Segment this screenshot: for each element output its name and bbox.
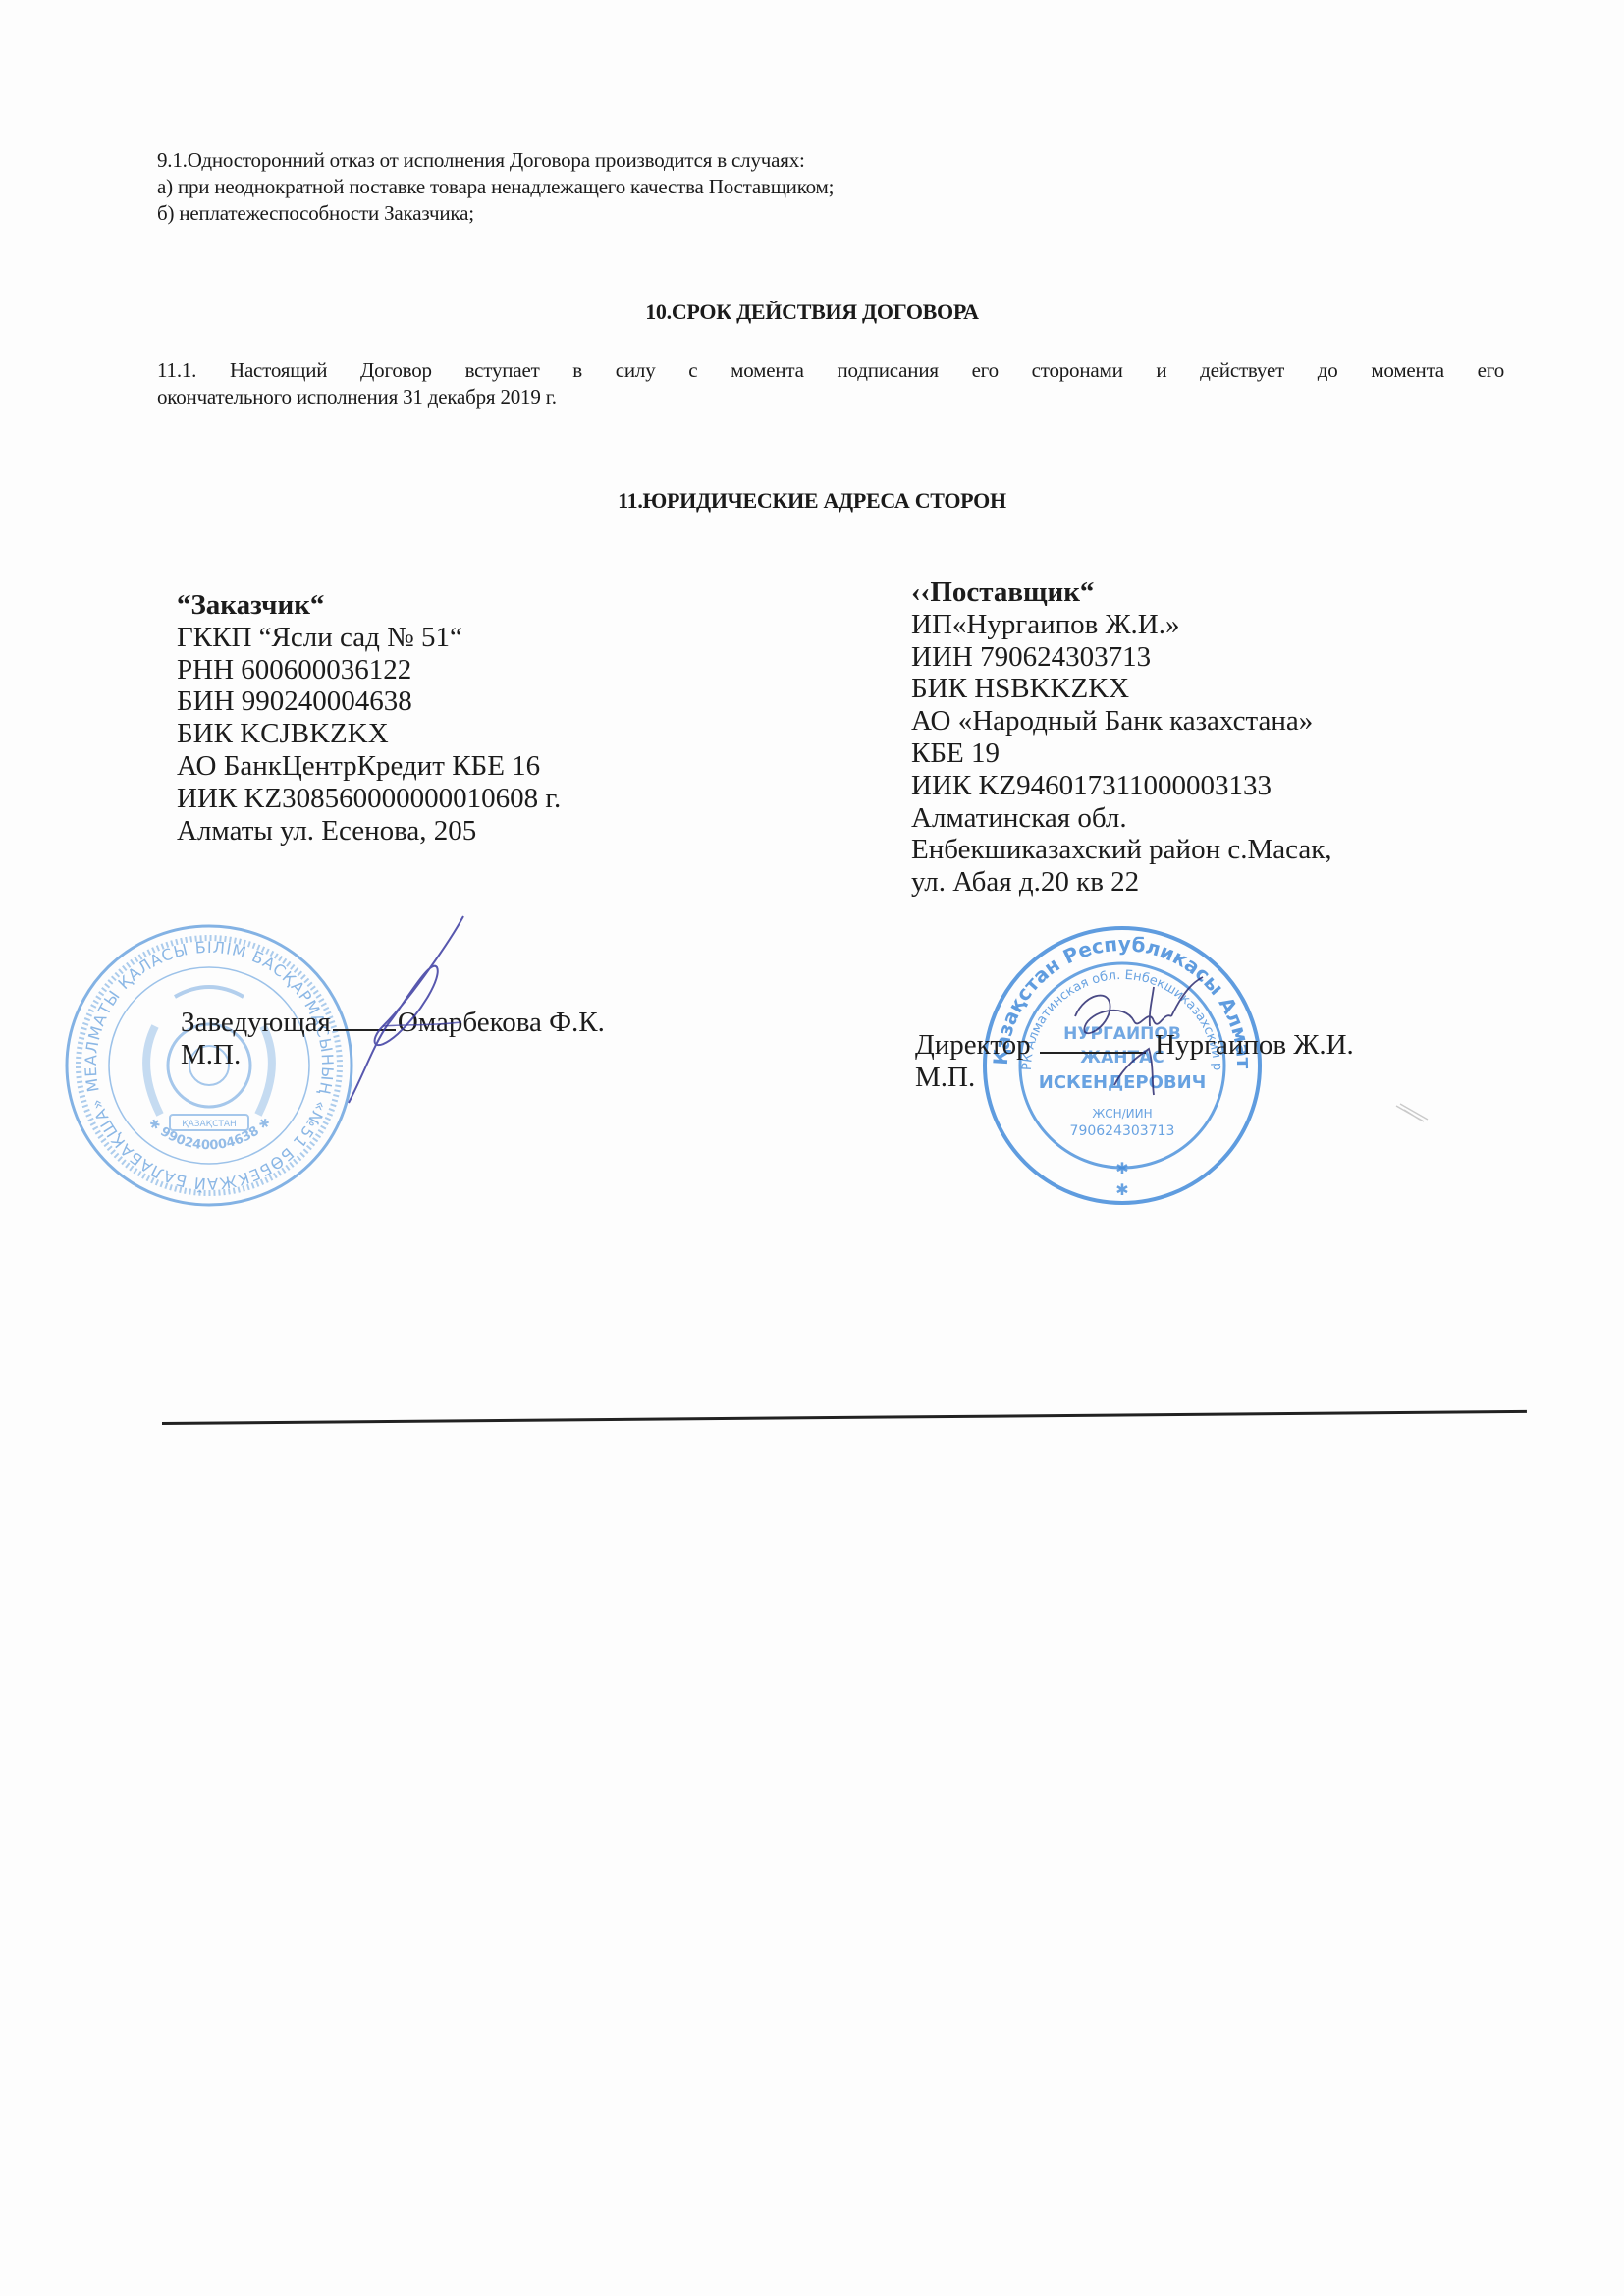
customer-line: ИИК KZ308560000000010608 г.: [177, 783, 561, 815]
customer-title: “Заказчик“: [177, 589, 561, 622]
clause-9-1-b: б) неплатежеспособности Заказчика;: [157, 200, 834, 227]
supplier-handwritten-signature-icon: [1056, 972, 1213, 1100]
clause-11-1-line1: 11.1. Настоящий Договор вступает в силу …: [157, 357, 1504, 384]
customer-line: БИК KCJBKZKX: [177, 718, 561, 750]
svg-text:✱: ✱: [1115, 1180, 1128, 1199]
clause-9-1-text: 9.1.Односторонний отказ от исполнения До…: [157, 147, 834, 174]
footer-divider: [162, 1410, 1527, 1425]
supplier-details: ‹‹Поставщик“ ИП«Нургаипов Ж.И.» ИИН 7906…: [911, 576, 1332, 899]
clause-11-1: 11.1. Настоящий Договор вступает в силу …: [157, 357, 1504, 410]
supplier-line: ИИН 790624303713: [911, 641, 1332, 674]
customer-line: АО БанкЦентрКредит КБЕ 16: [177, 750, 561, 783]
svg-text:790624303713: 790624303713: [1070, 1123, 1175, 1139]
document-page: 9.1.Односторонний отказ от исполнения До…: [0, 0, 1624, 2296]
customer-details: “Заказчик“ ГККП “Ясли сад № 51“ РНН 6006…: [177, 589, 561, 847]
scan-mark-icon: [1394, 1102, 1434, 1125]
supplier-line: КБЕ 19: [911, 738, 1332, 770]
section-10-heading: 10.СРОК ДЕЙСТВИЯ ДОГОВОРА: [0, 300, 1624, 325]
supplier-title: ‹‹Поставщик“: [911, 576, 1332, 609]
customer-line: РНН 600600036122: [177, 654, 561, 686]
svg-text:✱: ✱: [1115, 1159, 1128, 1177]
supplier-line: ИП«Нургаипов Ж.И.»: [911, 609, 1332, 641]
clause-9-1-a: а) при неоднократной поставке товара нен…: [157, 174, 834, 200]
svg-text:ҚАЗАҚСТАН: ҚАЗАҚСТАН: [182, 1120, 237, 1129]
clause-11-1-line2: окончательного исполнения 31 декабря 201…: [157, 385, 557, 409]
supplier-line: БИК HSBKKZKX: [911, 673, 1332, 705]
customer-handwritten-signature-icon: [344, 908, 491, 1105]
customer-line: БИН 990240004638: [177, 685, 561, 718]
svg-text:ЖСН/ИИН: ЖСН/ИИН: [1092, 1107, 1152, 1121]
supplier-line: ИИК KZ946017311000003133: [911, 770, 1332, 802]
section-11-heading: 11.ЮРИДИЧЕСКИЕ АДРЕСА СТОРОН: [0, 488, 1624, 514]
supplier-line: АО «Народный Банк казахстана»: [911, 705, 1332, 738]
customer-line: Алматы ул. Есенова, 205: [177, 815, 561, 847]
supplier-line: Алматинская обл.: [911, 802, 1332, 835]
customer-line: ГККП “Ясли сад № 51“: [177, 622, 561, 654]
clause-9-1: 9.1.Односторонний отказ от исполнения До…: [157, 147, 834, 227]
supplier-sign-role: Директор: [915, 1029, 1031, 1061]
customer-sign-role: Заведующая: [181, 1007, 331, 1038]
supplier-line: ул. Абая д.20 кв 22: [911, 866, 1332, 899]
supplier-line: Енбекшиказахский район с.Масак,: [911, 834, 1332, 866]
